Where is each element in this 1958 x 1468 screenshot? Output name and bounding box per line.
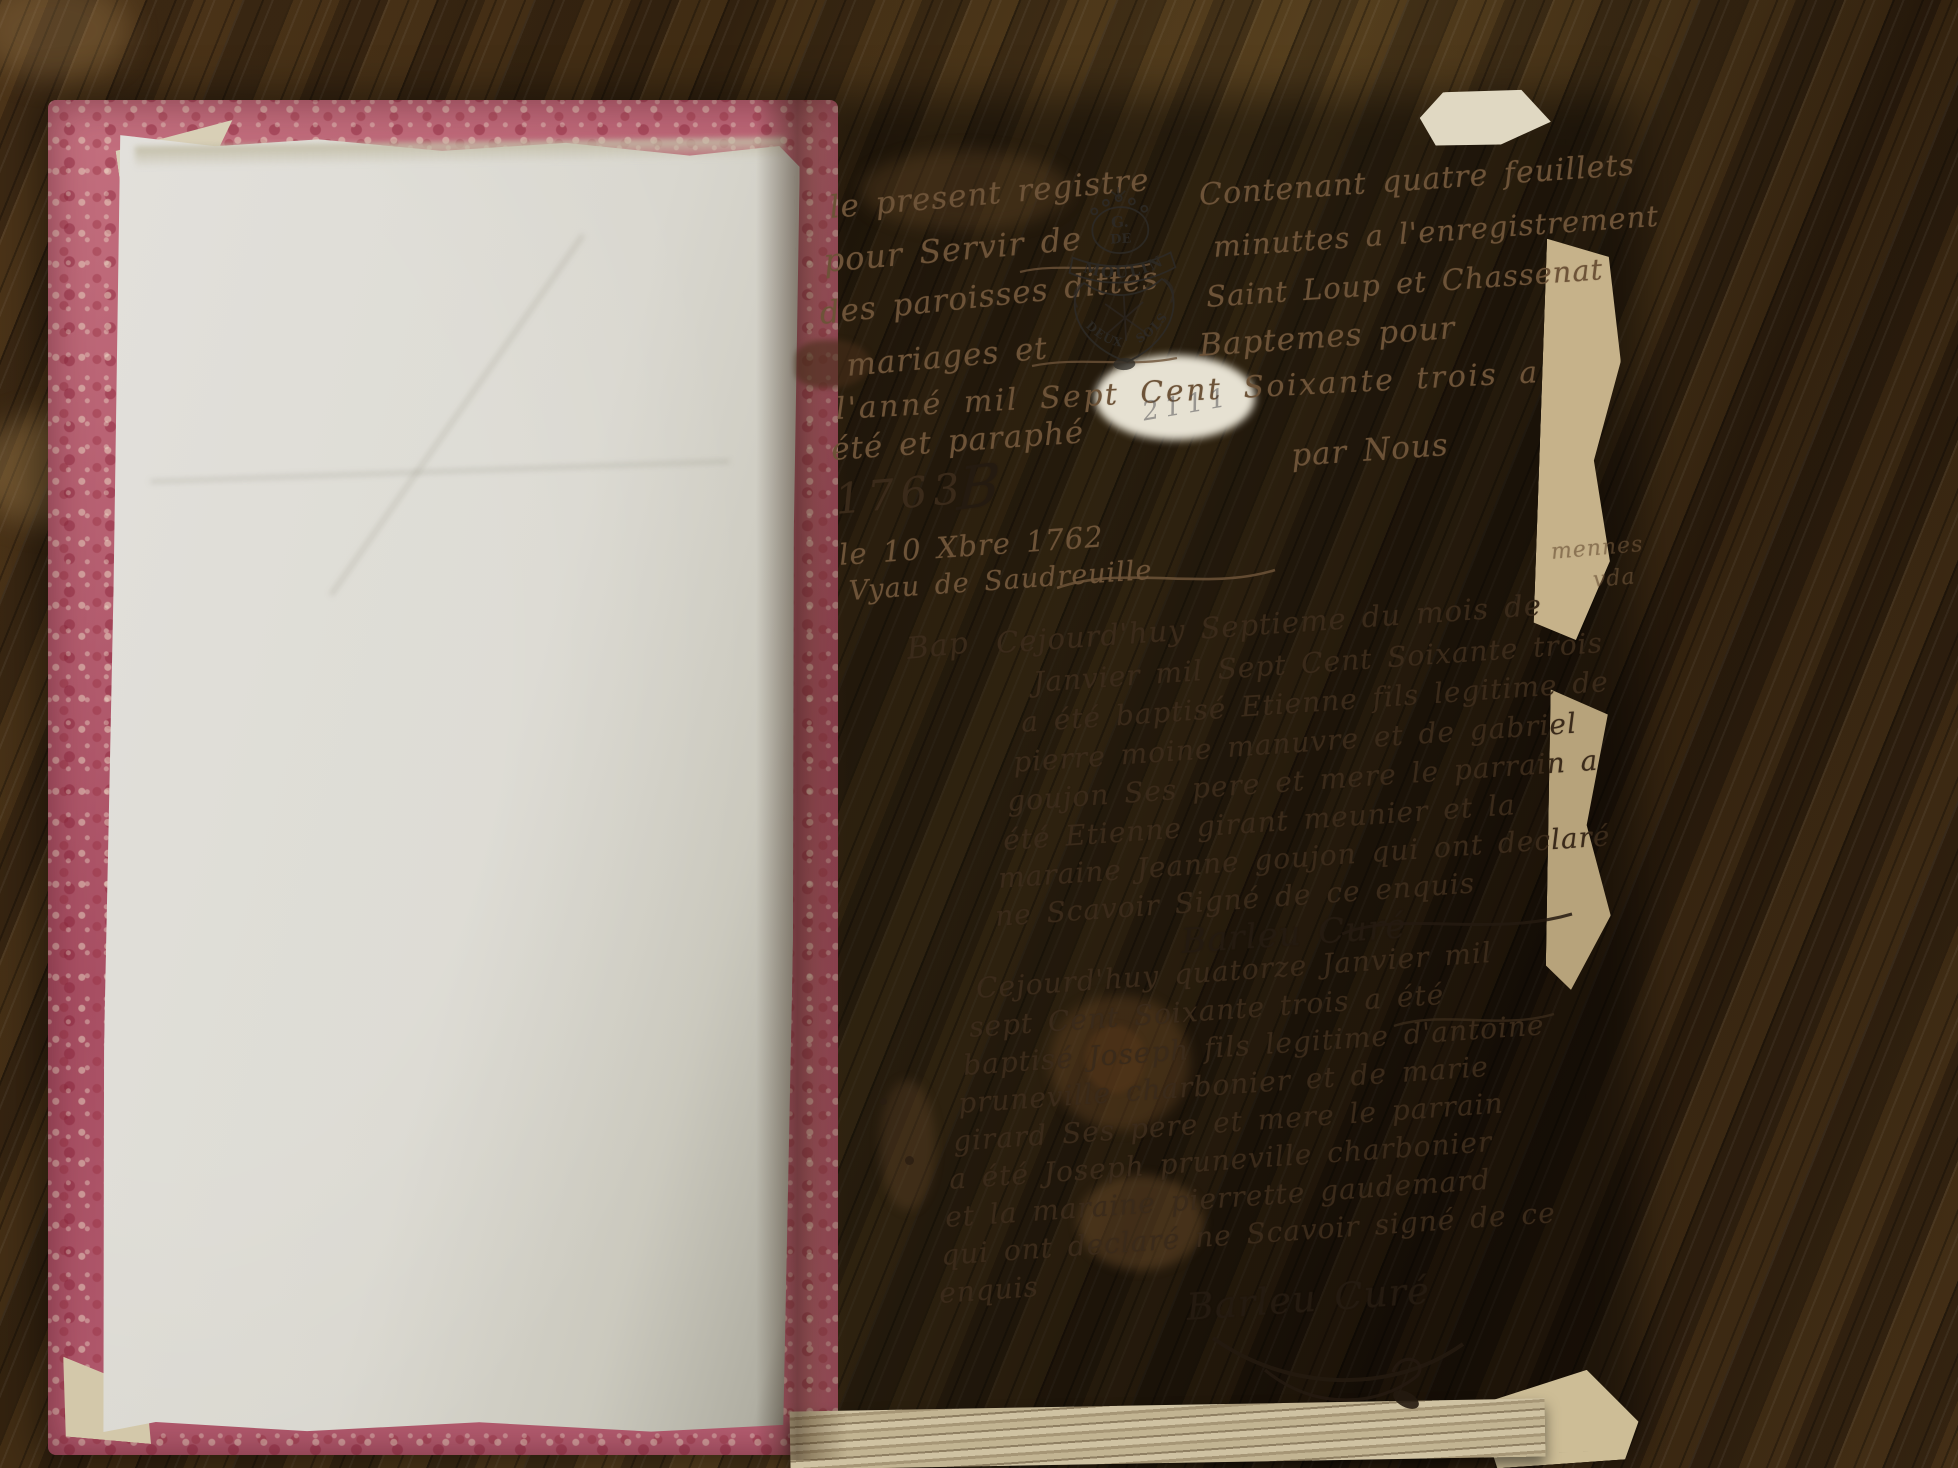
stamp-word-de: DE <box>1110 232 1132 248</box>
entry1-margin-abbrev: Bap <box>905 626 970 667</box>
stamp-word-deux: DEUX <box>1083 317 1125 352</box>
signature-flourish <box>1055 558 1280 600</box>
svg-text:DEUX: DEUX <box>1083 317 1125 352</box>
moulins-tax-stamp: G. DE MOULINS DEUX SOLS <box>1053 180 1193 383</box>
photo-of-parish-register: { "ms": { "header_left": [ "le present r… <box>0 0 1958 1468</box>
baptism-entry-line: enquis <box>938 1270 1040 1310</box>
stamp-letter-g: G. <box>1111 213 1129 232</box>
left-margin-foxing <box>880 1080 935 1210</box>
paraph-initial: B <box>955 449 1003 524</box>
blank-left-page <box>101 135 800 1438</box>
cure-signature-swash <box>1205 1320 1475 1420</box>
ink-dot <box>905 1156 914 1165</box>
margin-note: vda <box>1592 564 1637 593</box>
ink-dot <box>880 1098 887 1105</box>
